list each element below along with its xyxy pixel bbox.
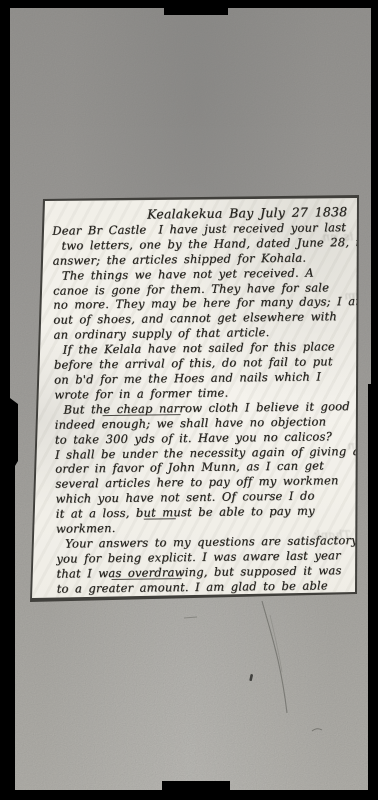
microfilm-frame: Kealakekua Bay July 27 1838 Dear Br Cast… [0, 0, 378, 800]
letter-paragraph: Your answers to my questions are satisfa… [56, 533, 358, 596]
letter-paragraphs: two letters, one by the Hand, dated June… [52, 235, 358, 596]
letter-paper: Kealakekua Bay July 27 1838 Dear Br Cast… [32, 196, 358, 602]
letter-paragraph: If the Kelala have not sailed for this p… [54, 339, 357, 402]
letter-text: Kealakekua Bay July 27 1838 Dear Br Cast… [52, 205, 358, 596]
letter-paragraph: two letters, one by the Hand, dated June… [52, 235, 354, 268]
frame-notch-bottom [162, 781, 230, 800]
letter-salutation: Dear Br Castle [52, 222, 146, 238]
letter-paragraph: But the cheap narrow cloth I believe it … [54, 399, 358, 537]
frame-notch-top [164, 0, 228, 15]
letter-paragraph: The things we have not yet received. Aca… [53, 265, 356, 343]
